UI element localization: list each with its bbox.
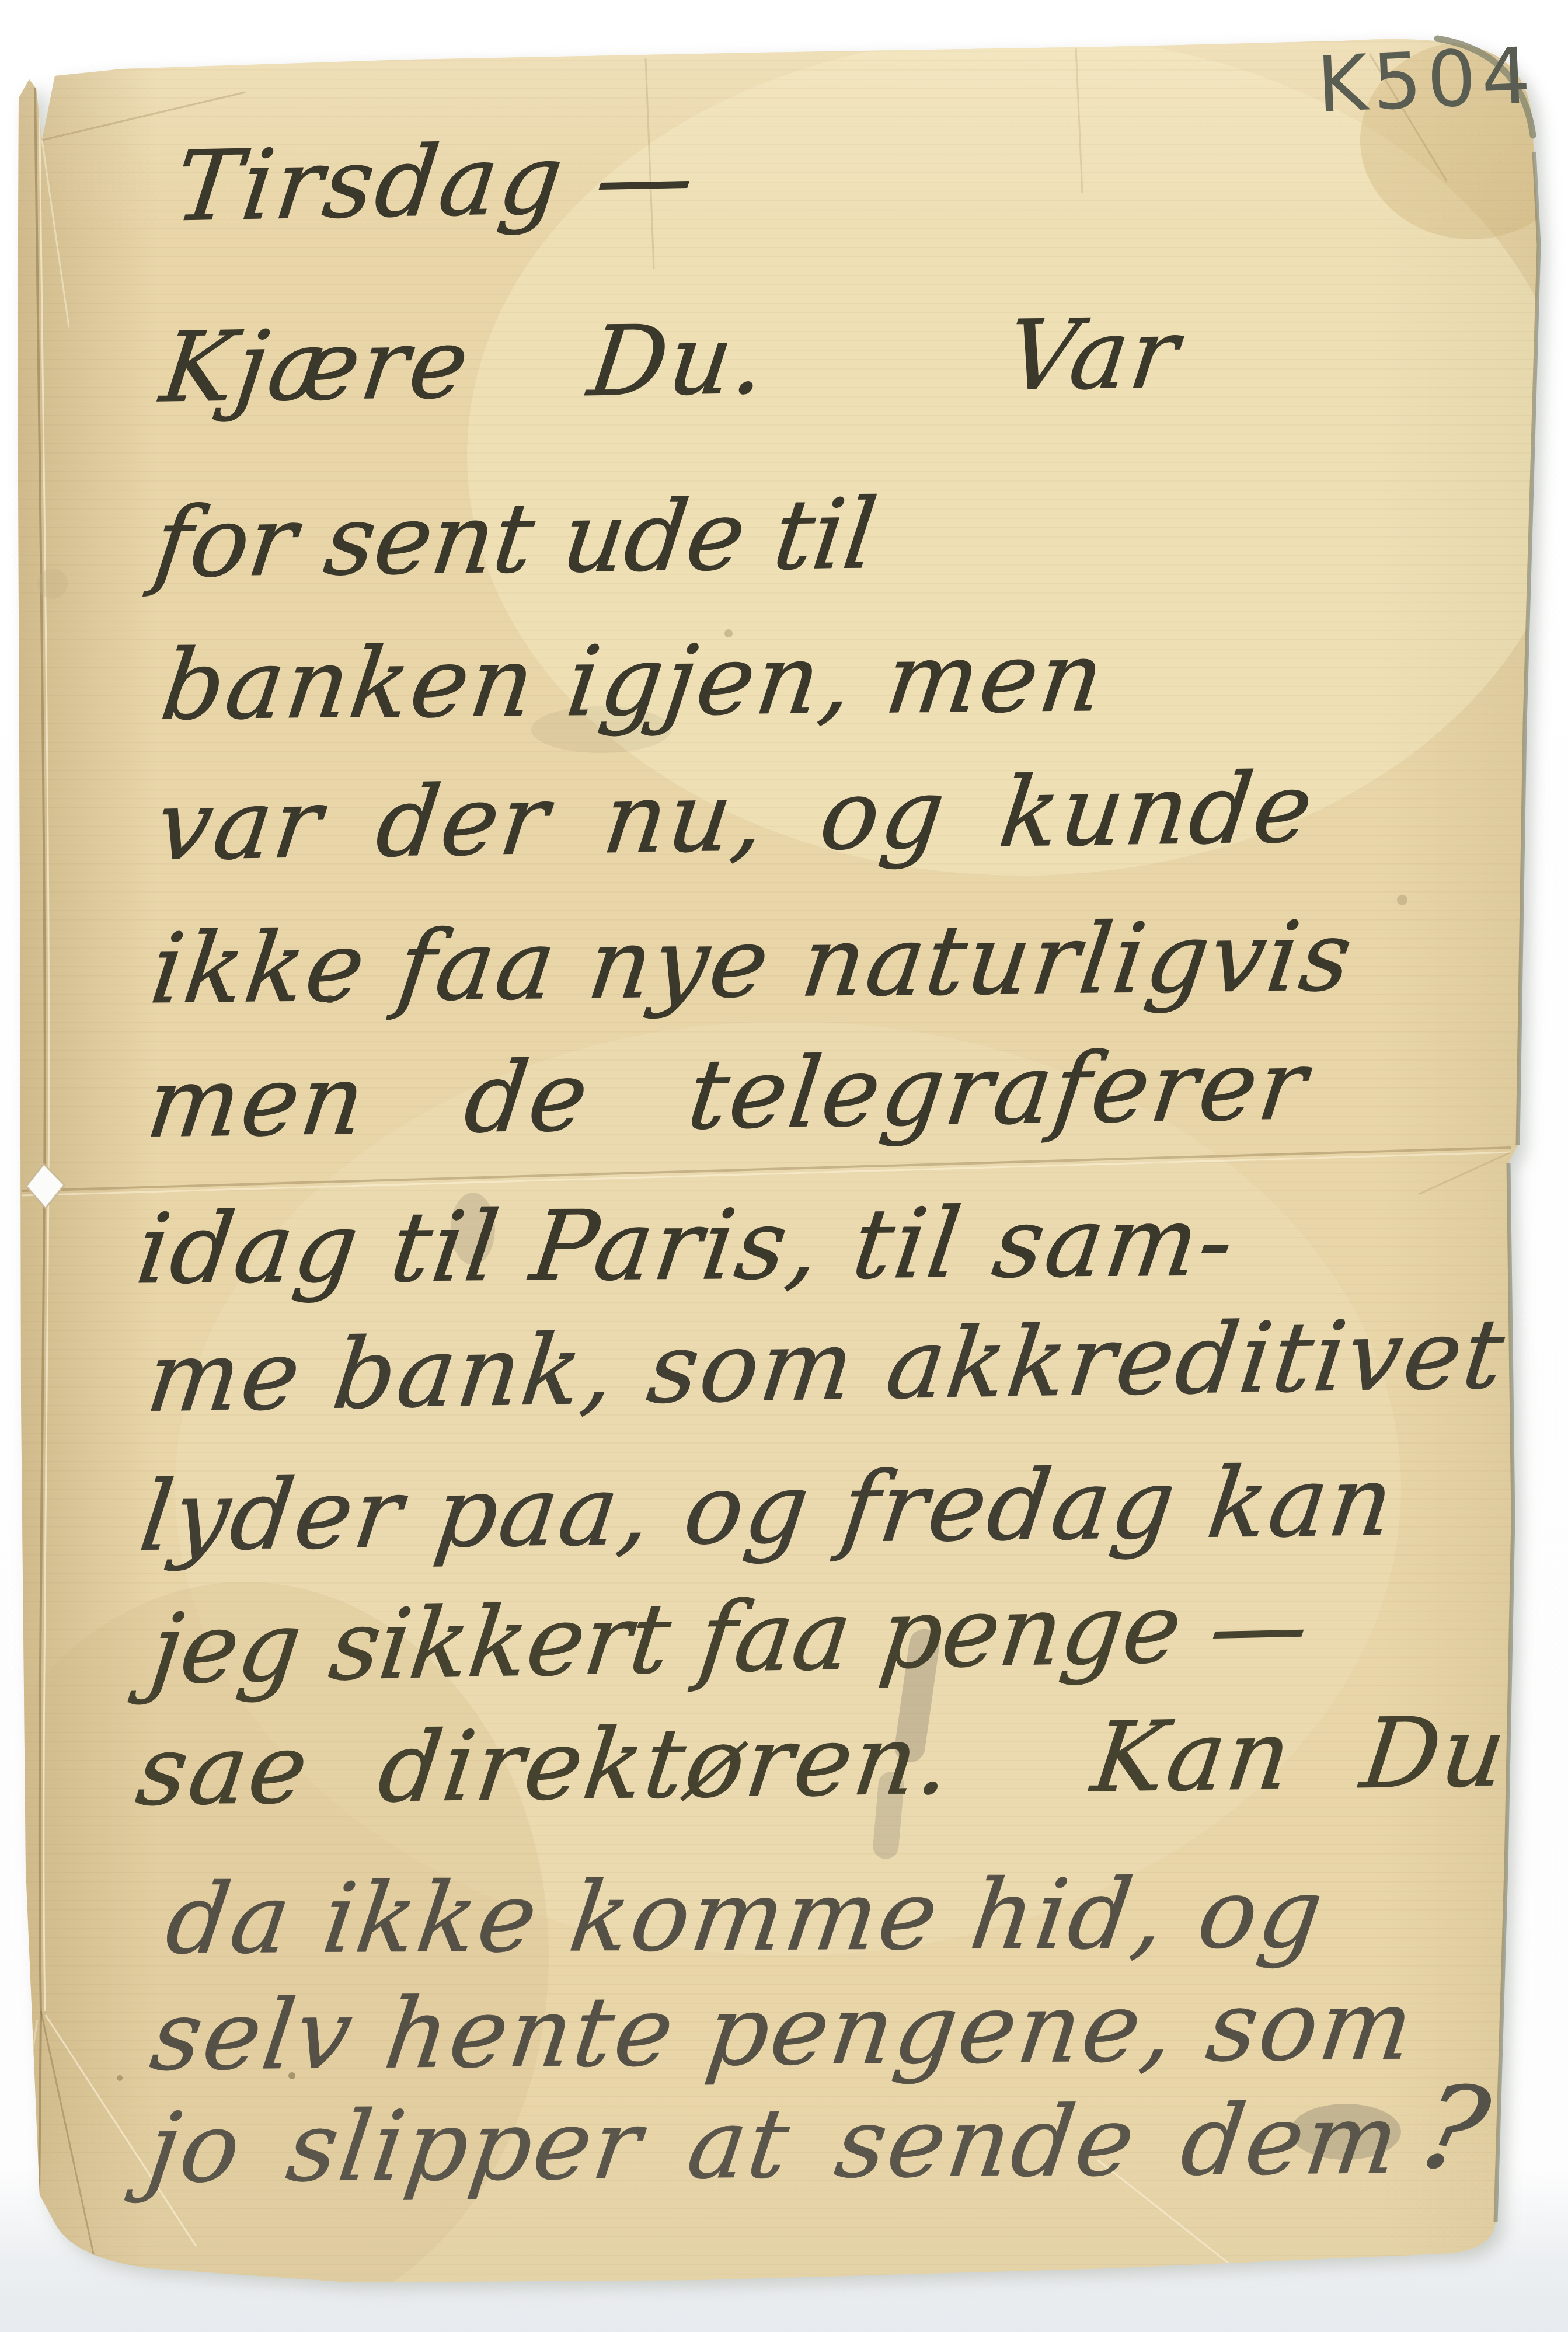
handwritten-line-11: jeg sikkert faa penge — [146, 1577, 1313, 1698]
archive-number-pencil: K504 [1315, 37, 1537, 124]
handwritten-line-5: var der nu, og kunde [152, 760, 1319, 874]
handwritten-line-2: Kjære Du. Var [156, 305, 1185, 416]
scan-background: K504 Tirsdag — Kjære Du. Var for sent ud… [0, 0, 1568, 2332]
handwritten-line-12: sae direktøren. Kan Du [132, 1704, 1513, 1819]
handwritten-line-1: Tirsdag — [170, 129, 701, 235]
handwritten-line-4: banken igjen, men [156, 629, 1111, 734]
handwritten-line-10: lyder paa, og fredag kan [135, 1453, 1400, 1565]
handwritten-line-8: idag til Paris, til sam- [132, 1194, 1241, 1298]
handwritten-line-6: ikke faa nye naturligvis [146, 908, 1359, 1017]
handwritten-line-3: for sent ude til [149, 486, 881, 591]
handwritten-line-13: da ikke komme hid, og [161, 1866, 1330, 1968]
handwritten-line-7: men de telegraferer [142, 1037, 1313, 1152]
handwritten-line-15: jo slipper at sende dem [142, 2092, 1406, 2197]
handwritten-line-9: me bank, som akkreditivet [142, 1306, 1511, 1426]
handwritten-line-14: selv hente pengene, som [146, 1977, 1420, 2084]
